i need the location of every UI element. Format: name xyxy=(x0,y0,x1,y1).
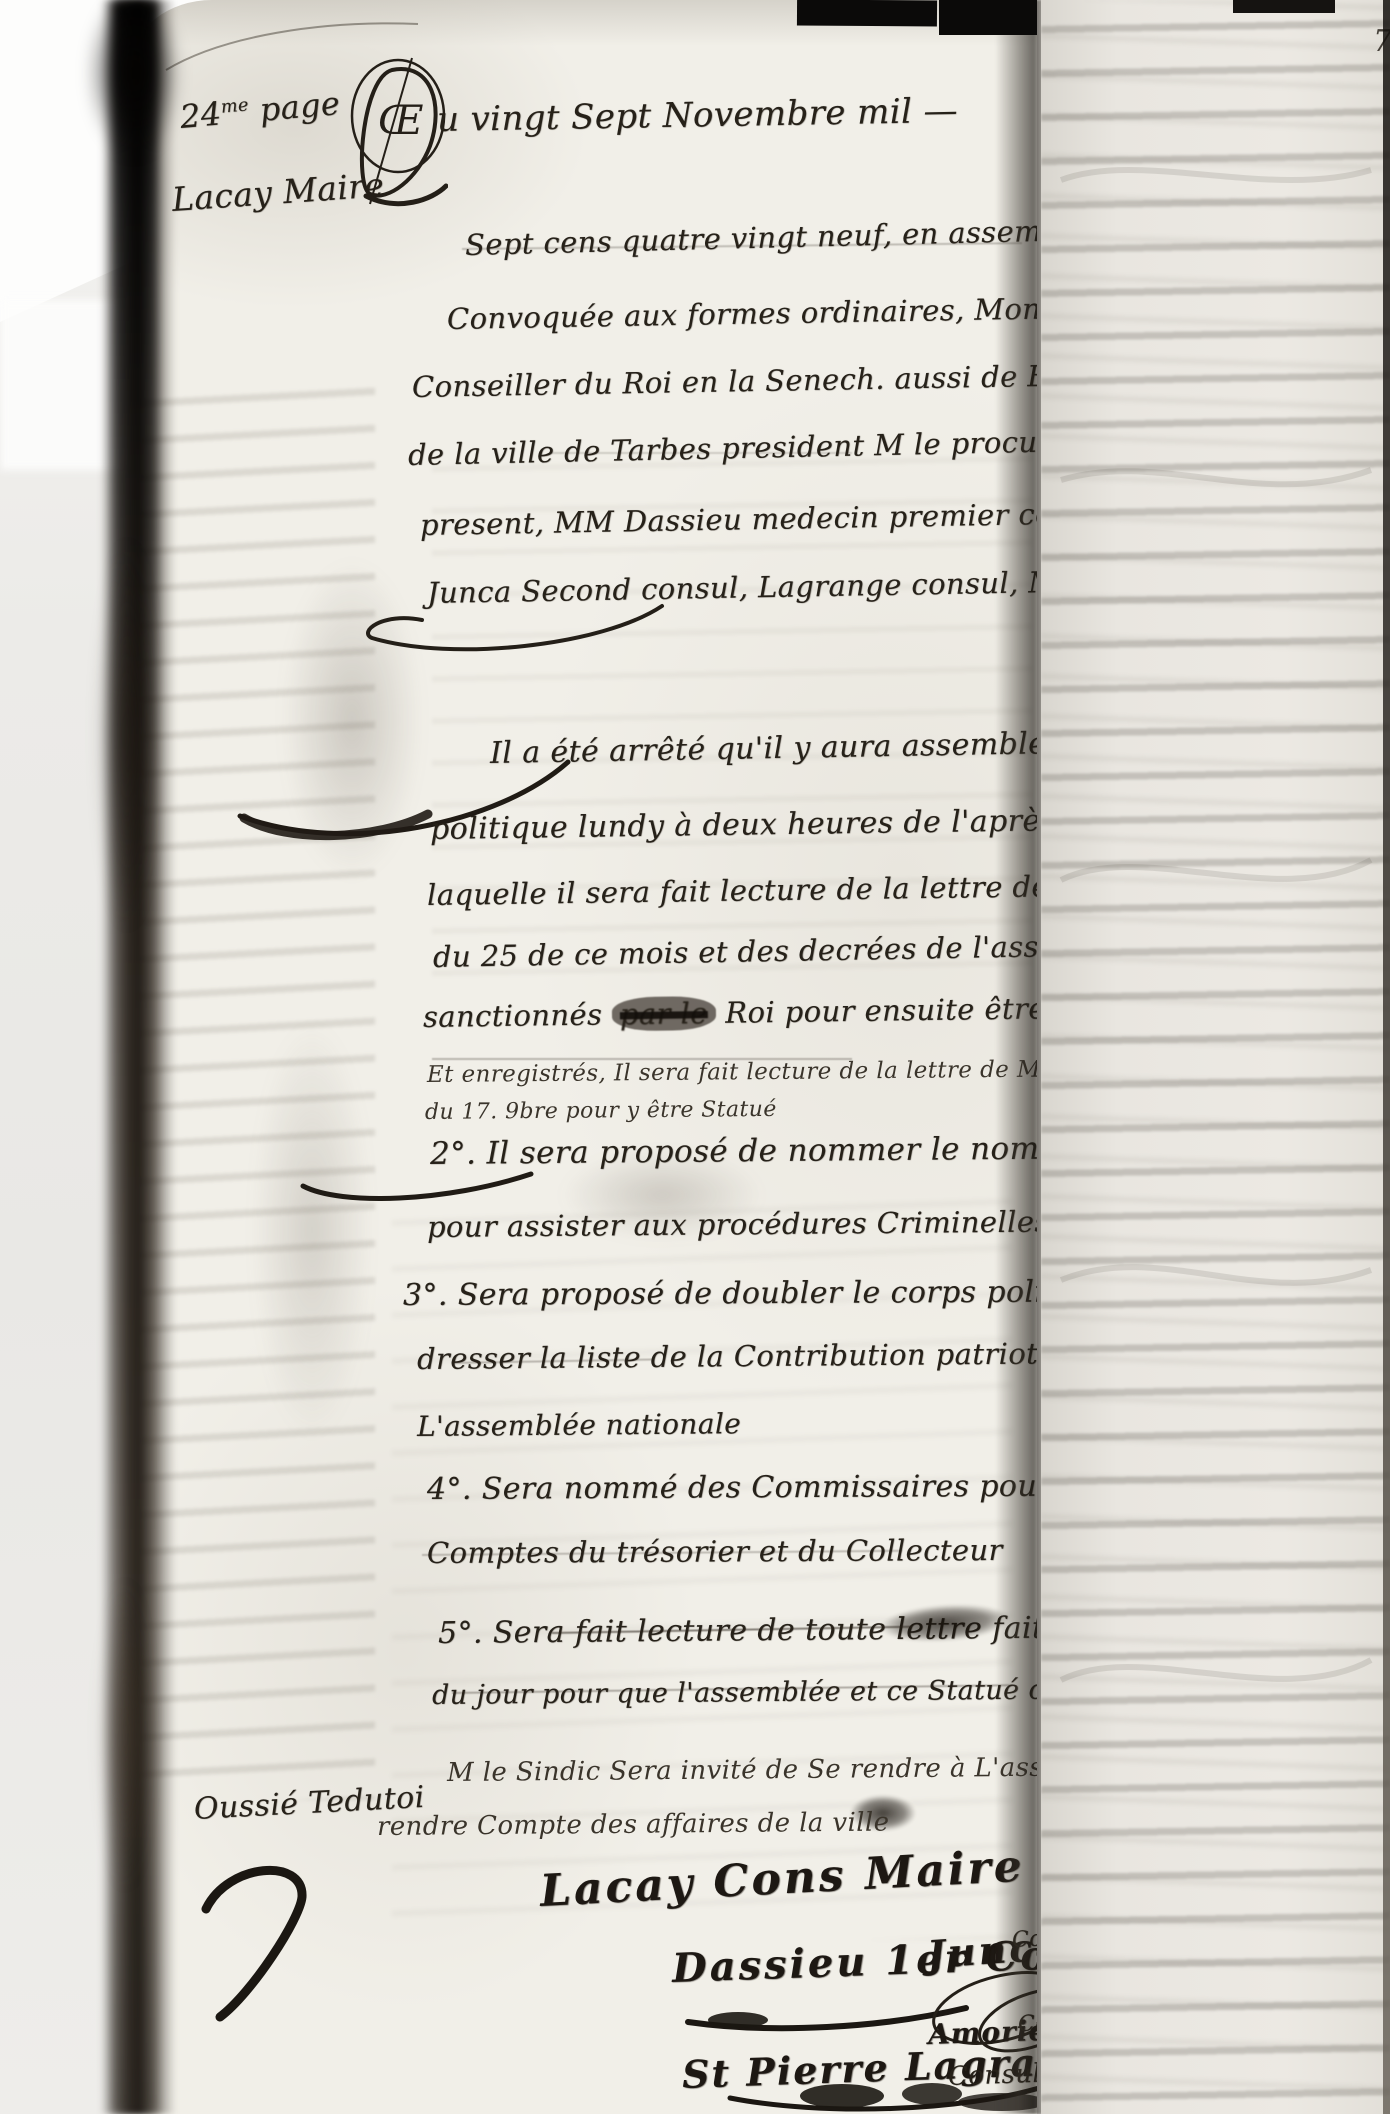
gutter-shadow xyxy=(995,0,1043,2114)
margin-page-label: 24me page xyxy=(178,84,341,136)
body-line: du 25 de ce mois et des decrées de l'ass… xyxy=(433,924,1037,974)
margin-page-number: 24 xyxy=(178,94,223,135)
body-line: 2°. Il sera proposé de nommer le nombre … xyxy=(430,1128,1037,1172)
body-line: present, MM Dassieu medecin premier cons… xyxy=(420,496,1037,542)
body-line: rendre Compte des affaires de la ville xyxy=(377,1808,890,1842)
paper-smudge xyxy=(252,1020,372,1440)
facing-page: 7 xyxy=(1041,0,1390,2114)
descender-flourish xyxy=(362,598,672,664)
body-line: du 17. 9bre pour y être Statué xyxy=(425,1097,777,1125)
bookmark-tab xyxy=(1233,0,1335,13)
signature-ink-smear xyxy=(722,2072,1037,2114)
body-line: Sept cens quatre vingt neuf, en assemblé… xyxy=(465,208,1037,262)
body-line: de la ville de Tarbes president M le pro… xyxy=(408,421,1037,472)
body-line: Convoquée aux formes ordinaires, Monsieu… xyxy=(447,288,1037,336)
bookmark-tab xyxy=(797,0,937,26)
body-line: laquelle il sera fait lecture de la lett… xyxy=(427,866,1037,912)
ornate-initial-icon: Œ xyxy=(340,54,448,210)
bleedthrough-squiggles xyxy=(1051,120,1381,1920)
body-line: M le Sindic Sera invité de Se rendre à L… xyxy=(447,1751,1037,1788)
body-line-segment: Roi pour ensuite être transcrits xyxy=(725,989,1037,1030)
page-edge-shadow xyxy=(98,1580,152,1890)
descender-flourish xyxy=(297,1168,537,1208)
margin-page-ordinal: me xyxy=(220,95,250,117)
heading-line: u vingt Sept Novembre mil — xyxy=(437,91,959,140)
svg-text:Œ: Œ xyxy=(378,98,424,144)
page-edge-shadow xyxy=(96,540,158,930)
body-line: Conseiller du Roi en la Senech. aussi de… xyxy=(412,356,1037,404)
ink-stroke xyxy=(552,452,852,454)
body-line-segment: sanctionnés xyxy=(423,997,603,1033)
bookmark-tab xyxy=(939,0,1037,35)
struck-words: par le xyxy=(612,996,716,1031)
manuscript-page: 24me page Lacay Maire Œ u vingt Sept Nov… xyxy=(132,0,1037,2114)
body-line: 4°. Sera nommé des Commissaires pour arr… xyxy=(427,1468,1037,1507)
facing-page-edge xyxy=(1383,0,1390,2114)
margin-page-word: page xyxy=(258,84,342,129)
scanned-manuscript: 24me page Lacay Maire Œ u vingt Sept Nov… xyxy=(0,0,1390,2114)
body-line: 3°. Sera proposé de doubler le corps pol… xyxy=(403,1274,1037,1313)
body-line: sanctionnés par le Roi pour ensuite être… xyxy=(423,989,1037,1034)
body-line: L'assemblée nationale xyxy=(417,1407,741,1443)
paraph-flourish-icon xyxy=(190,1855,330,2025)
signature-lacay: Lacay Cons Maire xyxy=(539,1841,1026,1917)
body-line: pour assister aux procédures Criminelles… xyxy=(427,1204,1037,1244)
body-line: dresser la liste de la Contribution patr… xyxy=(417,1334,1037,1376)
descender-flourish xyxy=(228,752,573,864)
